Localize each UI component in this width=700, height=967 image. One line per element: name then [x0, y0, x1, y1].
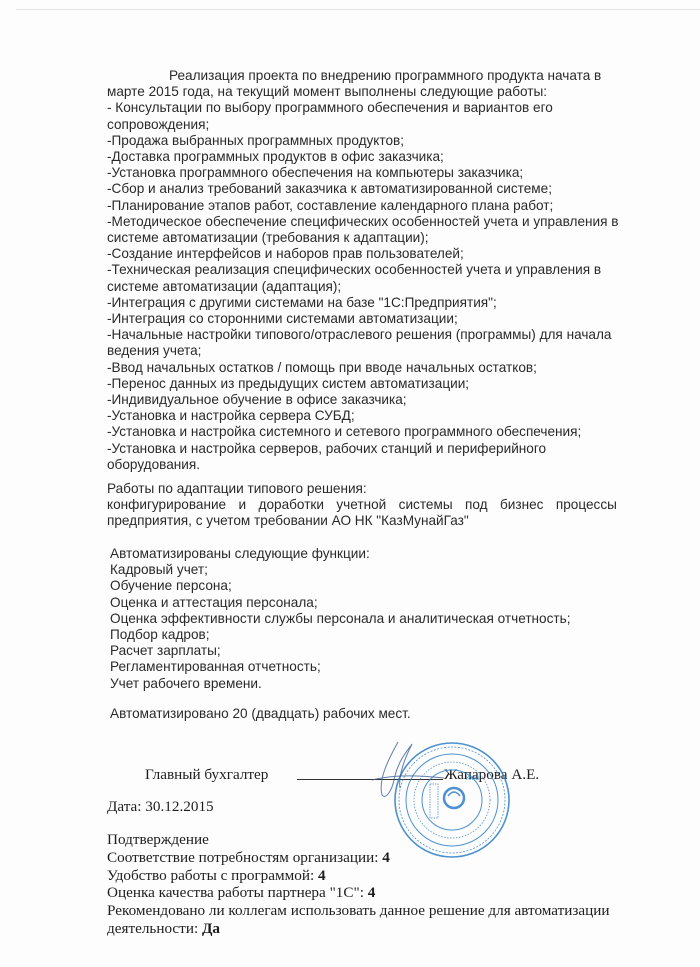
work-item: -Ввод начальных остатков / помощь при вв…: [107, 360, 607, 376]
function-item: Учет рабочего времени.: [110, 676, 610, 692]
word: учетной: [336, 497, 386, 513]
function-item: Расчет зарплаты;: [110, 643, 610, 659]
confirmation-heading: Подтверждение: [107, 831, 677, 849]
word: бизнес: [500, 497, 543, 513]
work-item: -Индивидуальное обучение в офисе заказчи…: [107, 392, 607, 408]
work-item: -Начальные настройки типового/отраслевог…: [107, 327, 607, 343]
work-item: -Методическое обеспечение специфических …: [107, 214, 607, 230]
rating-row: Соответствие потребностям организации: 4: [107, 849, 677, 867]
function-item: Кадровый учет;: [110, 562, 610, 578]
scan-edge-line: [16, 9, 700, 10]
work-item: -Планирование этапов работ, составление …: [107, 198, 607, 214]
rating-label: Соответствие потребностям организации:: [107, 849, 382, 866]
svg-text:KMG: KMG: [466, 776, 480, 782]
adaptation-heading: Работы по адаптации типового решения:: [107, 481, 617, 497]
function-item: Регламентированная отчетность;: [110, 659, 610, 675]
word: системы: [399, 497, 453, 513]
work-item: системе автоматизации (адаптация);: [107, 279, 607, 295]
work-item: -Доставка программных продуктов в офис з…: [107, 149, 607, 165]
work-item: -Техническая реализация специфических ос…: [107, 262, 607, 278]
rating-row: Удобство работы с программой: 4: [107, 867, 677, 885]
confirmation-section: Подтверждение Соответствие потребностям …: [107, 831, 677, 938]
work-item: сопровождения;: [107, 117, 607, 133]
word: и: [239, 497, 247, 513]
recommendation-row: деятельности: Да: [107, 920, 677, 938]
functions-section: Автоматизированы следующие функции: Кадр…: [110, 546, 610, 692]
word: процессы: [556, 497, 617, 513]
work-item: системе автоматизации (требования к адап…: [107, 230, 607, 246]
intro-line: Реализация проекта по внедрению программ…: [107, 68, 607, 84]
work-item: -Создание интерфейсов и наборов прав пол…: [107, 246, 607, 262]
work-item: -Установка и настройка системного и сете…: [107, 424, 607, 440]
work-item: -Установка и настройка сервера СУБД;: [107, 408, 607, 424]
rating-value: 4: [318, 867, 326, 884]
recommendation-row: Рекомендовано ли коллегам использовать д…: [107, 902, 677, 920]
signature-scribble-icon: [368, 740, 448, 800]
signer-role: Главный бухгалтер: [145, 766, 268, 784]
word: доработки: [259, 497, 324, 513]
recommendation-label: деятельности:: [107, 920, 202, 937]
rating-row: Оценка качества работы партнера "1С": 4: [107, 884, 677, 902]
rating-label: Удобство работы с программой:: [107, 867, 318, 884]
rating-value: 4: [382, 849, 390, 866]
recommendation-value: Да: [202, 920, 220, 937]
adaptation-justified-line: конфигурирование и доработки учетной сис…: [107, 497, 617, 513]
work-item: -Продажа выбранных программных продуктов…: [107, 133, 607, 149]
intro-section: Реализация проекта по внедрению программ…: [107, 68, 607, 473]
work-item: - Консультации по выбору программного об…: [107, 100, 607, 116]
recommendation-label: Рекомендовано ли коллегам использовать д…: [107, 902, 610, 919]
document-date: Дата: 30.12.2015: [107, 798, 214, 816]
work-item: ведения учета;: [107, 343, 607, 359]
work-item: -Интеграция со сторонними системами авто…: [107, 311, 607, 327]
adaptation-last-line: предприятия, с учетом требовании АО НК "…: [107, 513, 617, 529]
workplaces-count: Автоматизировано 20 (двадцать) рабочих м…: [110, 706, 411, 722]
word: конфигурирование: [107, 497, 226, 513]
functions-heading: Автоматизированы следующие функции:: [110, 546, 610, 562]
intro-line: марте 2015 года, на текущий момент выпол…: [107, 84, 607, 100]
word: под: [465, 497, 488, 513]
work-item: -Установка программного обеспечения на к…: [107, 165, 607, 181]
work-item: оборудования.: [107, 457, 607, 473]
function-item: Подбор кадров;: [110, 627, 610, 643]
work-item: -Интеграция с другими системами на базе …: [107, 295, 607, 311]
work-item: -Перенос данных из предыдущих систем авт…: [107, 376, 607, 392]
work-item: -Установка и настройка серверов, рабочих…: [107, 441, 607, 457]
adaptation-section: Работы по адаптации типового решения: ко…: [107, 481, 617, 530]
function-item: Оценка и аттестация персонала;: [110, 595, 610, 611]
rating-value: 4: [368, 884, 376, 901]
function-item: Оценка эффективности службы персонала и …: [110, 611, 610, 627]
work-item: -Сбор и анализ требований заказчика к ав…: [107, 181, 607, 197]
rating-label: Оценка качества работы партнера "1С":: [107, 884, 368, 901]
function-item: Обучение персона;: [110, 578, 610, 594]
